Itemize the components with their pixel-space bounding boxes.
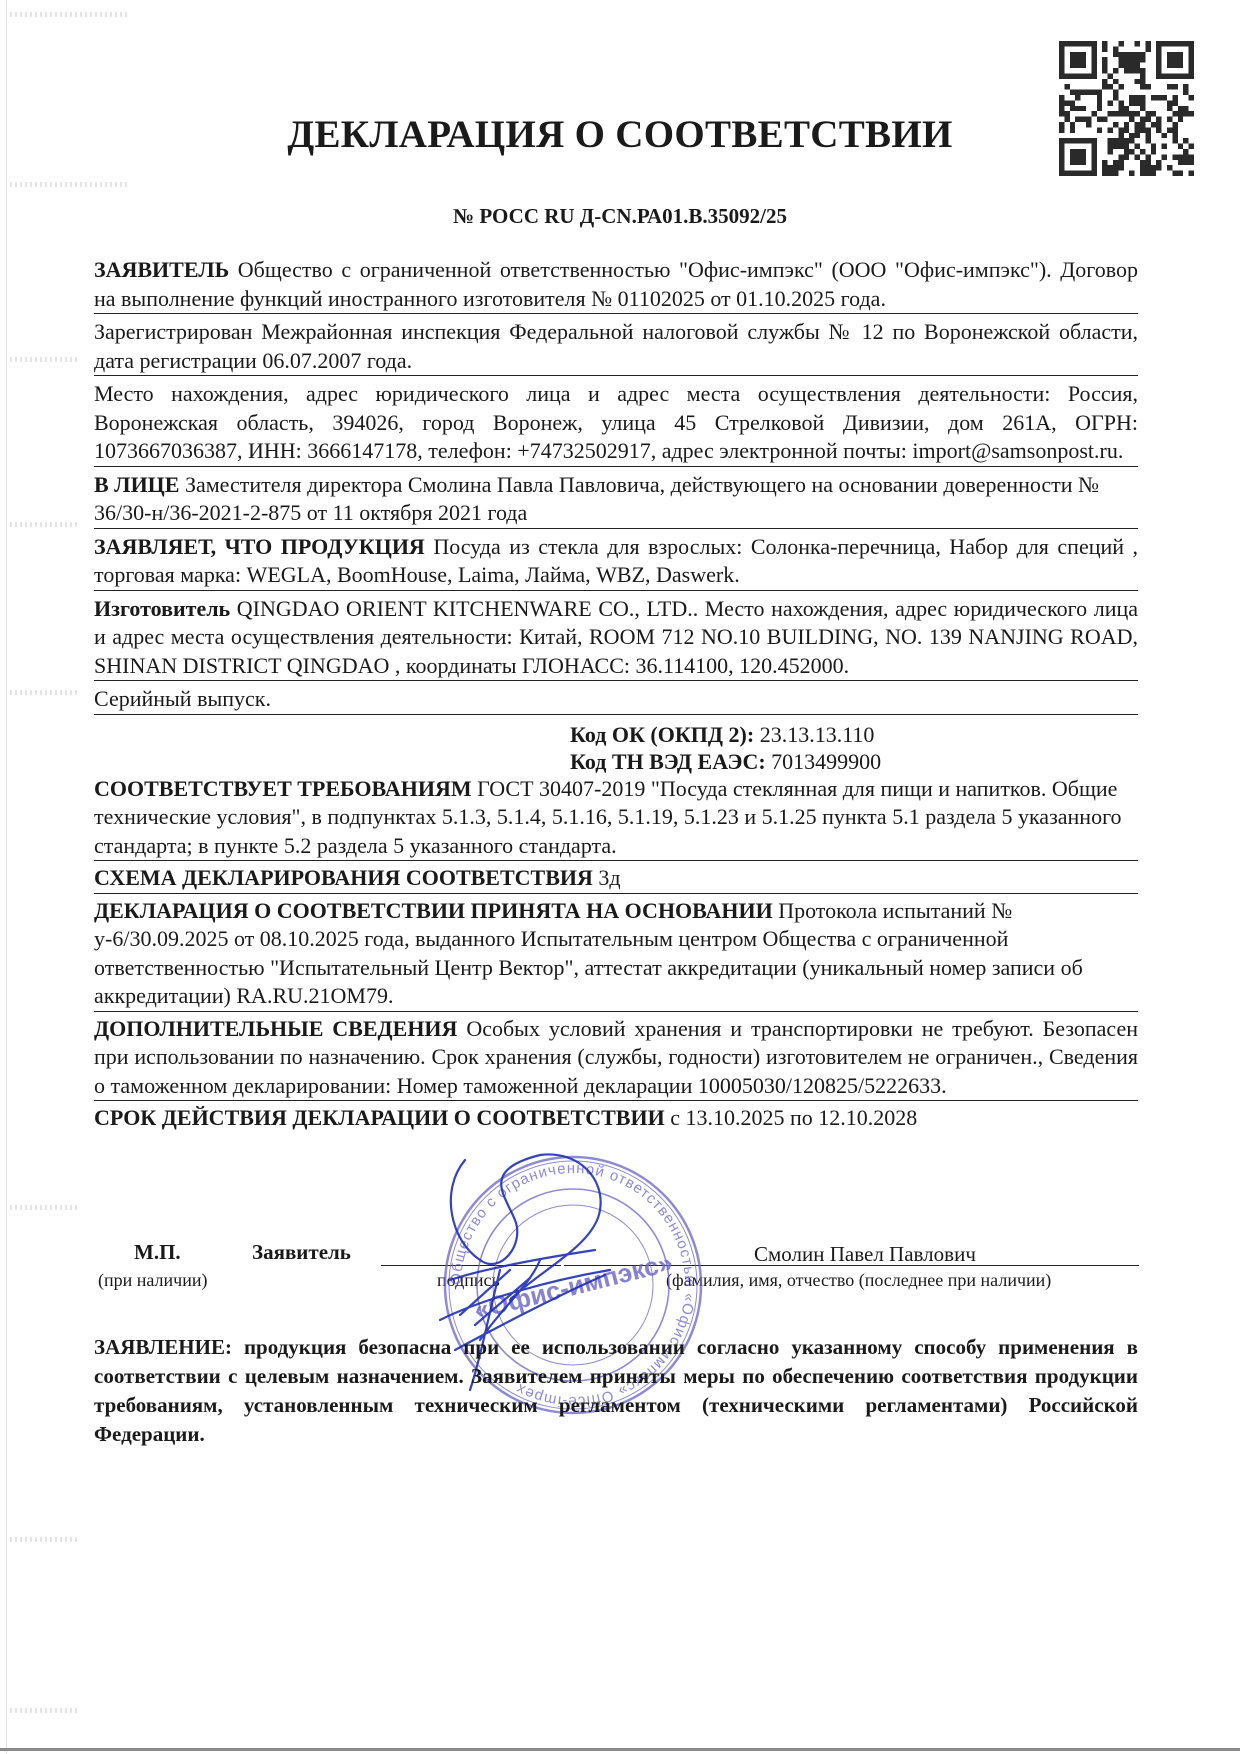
scan-edge-left — [6, 0, 7, 1754]
tnved-label: Код ТН ВЭД ЕАЭС: — [570, 749, 766, 774]
additional-section: ДОПОЛНИТЕЛЬНЫЕ СВЕДЕНИЯ Особых условий х… — [94, 1015, 1138, 1102]
manufacturer-section: Изготовитель QINGDAO ORIENT KITCHENWARE … — [94, 595, 1138, 682]
scan-artifact — [10, 12, 130, 17]
basis-label: ДЕКЛАРАЦИЯ О СООТВЕТСТВИИ ПРИНЯТА НА ОСН… — [94, 898, 773, 923]
production-section: Серийный выпуск. — [94, 685, 1138, 715]
okpd-code-row: Код ОК (ОКПД 2): 23.13.13.110 — [570, 721, 1138, 748]
applicant-text: Общество с ограниченной ответственностью… — [94, 257, 1138, 311]
declaration-page: ДЕКЛАРАЦИЯ О СООТВЕТСТВИИ № РОСС RU Д-CN… — [0, 0, 1240, 1754]
product-section: ЗАЯВЛЯЕТ, ЧТО ПРОДУКЦИЯ Посуда из стекла… — [94, 533, 1138, 591]
scan-artifact — [10, 1205, 80, 1210]
registration-section: Зарегистрирован Межрайонная инспекция Фе… — [94, 318, 1138, 376]
represented-by-text: Заместителя директора Смолина Павла Павл… — [94, 472, 1099, 526]
represented-by-section: В ЛИЦЕ Заместителя директора Смолина Пав… — [94, 471, 1138, 529]
scan-artifact — [10, 357, 80, 362]
manufacturer-text: QINGDAO ORIENT KITCHENWARE CO., LTD.. Ме… — [94, 596, 1138, 678]
scheme-section: СХЕМА ДЕКЛАРИРОВАНИЯ СООТВЕТСТВИЯ 3д — [94, 864, 1138, 894]
address-text: Место нахождения, адрес юридического лиц… — [94, 381, 1138, 463]
applicant-section: ЗАЯВИТЕЛЬ Общество с ограниченной ответс… — [94, 256, 1138, 314]
additional-label: ДОПОЛНИТЕЛЬНЫЕ СВЕДЕНИЯ — [94, 1016, 457, 1041]
name-note: (фамилия, имя, отчество (последнее при н… — [666, 1270, 1051, 1291]
scan-artifact — [10, 1537, 80, 1542]
scan-artifact — [10, 522, 80, 527]
declaration-body: ЗАЯВИТЕЛЬ Общество с ограниченной ответс… — [94, 256, 1138, 1133]
classification-codes: Код ОК (ОКПД 2): 23.13.13.110 Код ТН ВЭД… — [94, 721, 1138, 775]
safety-statement: ЗАЯВЛЕНИЕ: продукция безопасна при ее ис… — [94, 1333, 1138, 1449]
scan-artifact — [10, 182, 130, 187]
product-label: ЗАЯВЛЯЕТ, ЧТО ПРОДУКЦИЯ — [94, 534, 425, 559]
manufacturer-label: Изготовитель — [94, 596, 230, 621]
validity-section: СРОК ДЕЙСТВИЯ ДЕКЛАРАЦИИ О СООТВЕТСТВИИ … — [94, 1104, 1138, 1133]
tnved-code-row: Код ТН ВЭД ЕАЭС: 7013499900 — [570, 748, 1138, 775]
scheme-value: 3д — [598, 865, 620, 890]
document-title: ДЕКЛАРАЦИЯ О СООТВЕТСТВИИ — [0, 112, 1240, 157]
qr-code-icon[interactable] — [1059, 41, 1194, 176]
applicant-label: ЗАЯВИТЕЛЬ — [94, 257, 229, 282]
conformity-label: СООТВЕТСТВУЕТ ТРЕБОВАНИЯМ — [94, 776, 472, 801]
registration-text: Зарегистрирован Межрайонная инспекция Фе… — [94, 319, 1138, 373]
signer-name: Смолин Павел Павлович — [754, 1242, 976, 1267]
basis-section: ДЕКЛАРАЦИЯ О СООТВЕТСТВИИ ПРИНЯТА НА ОСН… — [94, 897, 1138, 1012]
address-section: Место нахождения, адрес юридического лиц… — [94, 380, 1138, 467]
okpd-label: Код ОК (ОКПД 2): — [570, 722, 754, 747]
signature-row: М.П. (при наличии) Заявитель подпись Смо… — [94, 1236, 1138, 1306]
scan-artifact — [10, 1708, 80, 1713]
tnved-value: 7013499900 — [771, 749, 881, 774]
validity-text: с 13.10.2025 по 12.10.2028 — [670, 1105, 917, 1130]
scheme-label: СХЕМА ДЕКЛАРИРОВАНИЯ СООТВЕТСТВИЯ — [94, 865, 593, 890]
applicant-signature-label: Заявитель — [252, 1240, 351, 1265]
declaration-number: № РОСС RU Д-CN.РА01.В.35092/25 — [0, 204, 1240, 229]
okpd-value: 23.13.13.110 — [760, 722, 875, 747]
signature-note: подпись — [437, 1270, 500, 1291]
represented-by-label: В ЛИЦЕ — [94, 472, 179, 497]
production-text: Серийный выпуск. — [94, 686, 271, 711]
seal-place-label: М.П. — [134, 1240, 181, 1265]
scan-artifact — [10, 690, 80, 695]
scan-edge-bottom — [0, 1748, 1240, 1751]
seal-place-note: (при наличии) — [98, 1270, 207, 1291]
signature-line — [381, 1265, 561, 1266]
validity-label: СРОК ДЕЙСТВИЯ ДЕКЛАРАЦИИ О СООТВЕТСТВИИ — [94, 1105, 665, 1130]
conformity-section: СООТВЕТСТВУЕТ ТРЕБОВАНИЯМ ГОСТ 30407-201… — [94, 775, 1138, 862]
